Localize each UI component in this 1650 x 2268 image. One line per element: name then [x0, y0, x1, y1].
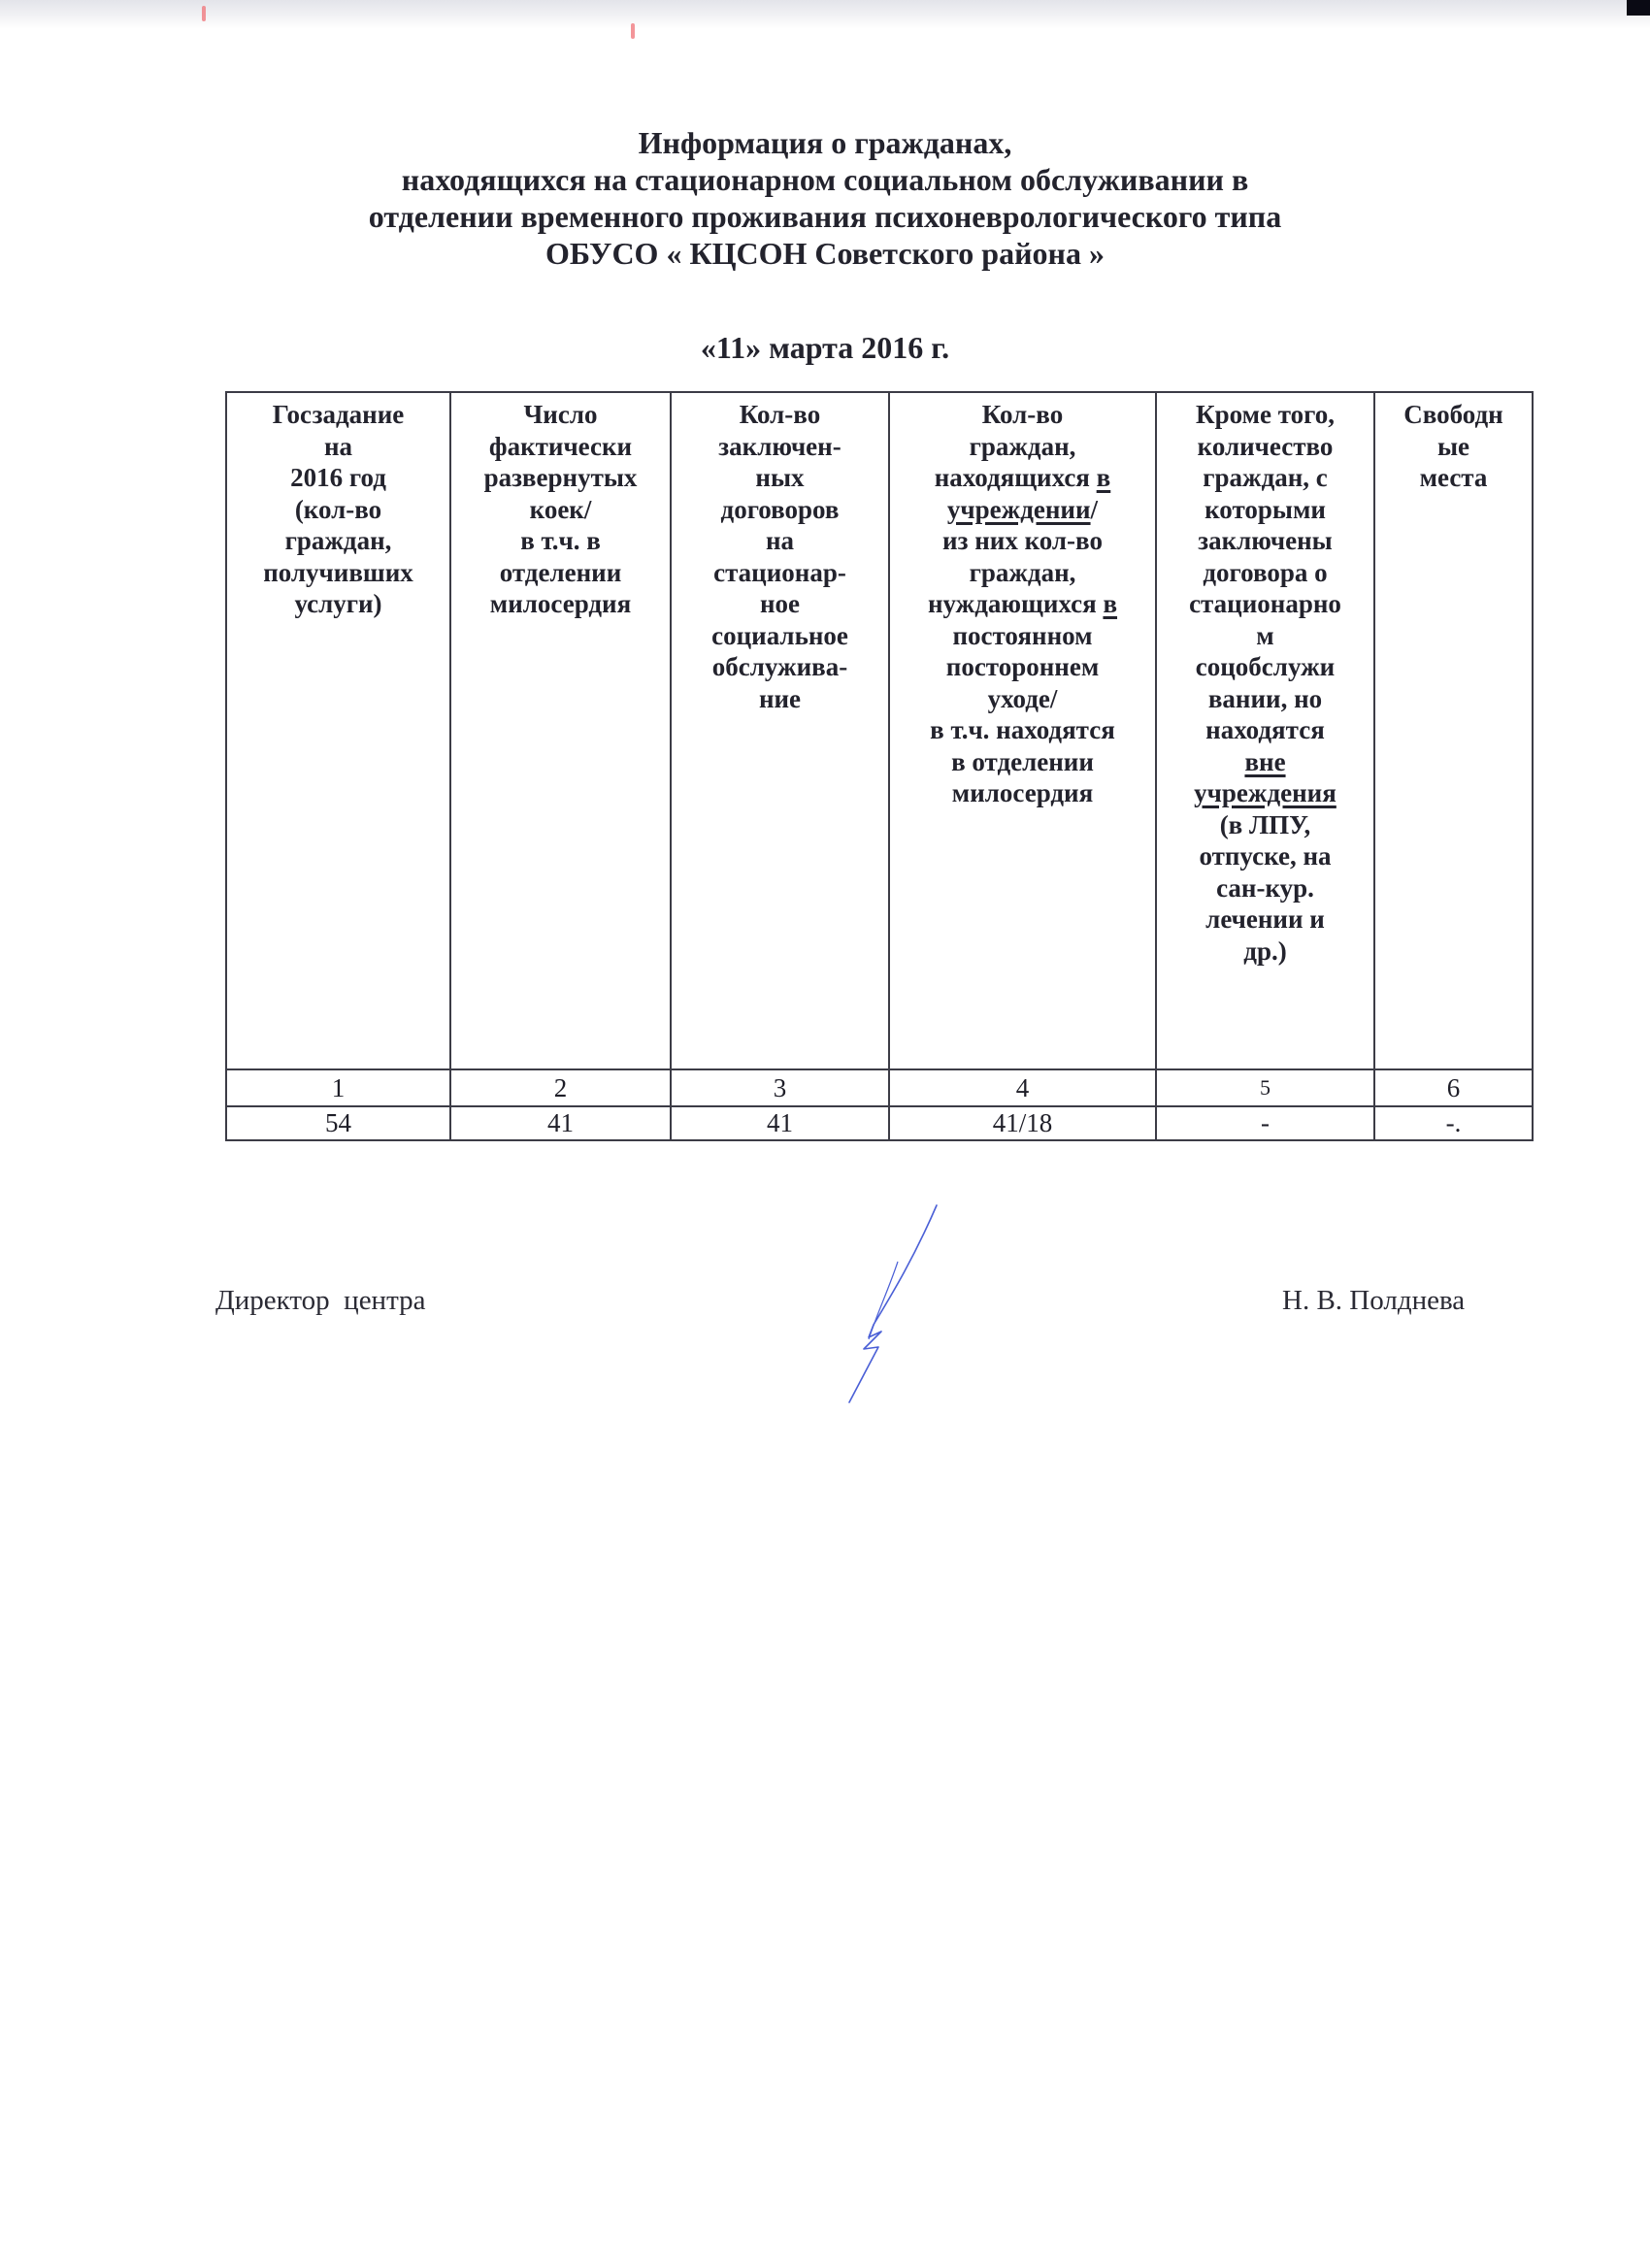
header-line: сан-кур. — [1159, 872, 1371, 904]
column-number-row: 1 2 3 4 5 6 — [226, 1069, 1533, 1106]
header-line: стационар- — [674, 557, 886, 589]
header-line: Свободн — [1377, 399, 1530, 431]
document-date: «11» марта 2016 г. — [0, 330, 1650, 366]
signer-name: Н. В. Полднева — [1282, 1285, 1465, 1317]
header-line: Кол-во — [674, 399, 886, 431]
header-line: ые — [1377, 431, 1530, 463]
document-title: Информация о гражданах, находящихся на с… — [0, 124, 1650, 272]
scan-artifact — [202, 6, 206, 21]
header-line: социальное — [674, 620, 886, 652]
header-line: милосердия — [892, 777, 1153, 809]
cell-state-assignment: 54 — [226, 1106, 450, 1140]
scan-artifact — [631, 23, 635, 39]
header-line: развернутых — [453, 462, 668, 494]
header-line: из них кол-во — [892, 525, 1153, 557]
header-line: получивших — [229, 557, 447, 589]
scan-artifact — [1627, 0, 1650, 16]
header-line: граждан, — [892, 431, 1153, 463]
title-line: Информация о гражданах, — [0, 124, 1650, 161]
header-line: ных — [674, 462, 886, 494]
header-line: Число — [453, 399, 668, 431]
column-header: Кроме того,количествограждан, скоторымиз… — [1156, 392, 1374, 1069]
header-line: лечении и — [1159, 904, 1371, 936]
signature-icon — [796, 1203, 951, 1407]
column-header: Кол-возаключен-ныхдоговоровнастационар-н… — [671, 392, 889, 1069]
header-line: находящихся в — [892, 462, 1153, 494]
column-number: 3 — [671, 1069, 889, 1106]
column-number: 5 — [1156, 1069, 1374, 1106]
cell-contracts: 41 — [671, 1106, 889, 1140]
header-line: соцобслужи — [1159, 651, 1371, 683]
header-line: учреждения — [1159, 777, 1371, 809]
header-line: ное — [674, 588, 886, 620]
header-line: в т.ч. находятся — [892, 714, 1153, 746]
signer-position: Директор центра — [215, 1285, 425, 1317]
cell-outside: - — [1156, 1106, 1374, 1140]
header-line: др.) — [1159, 936, 1371, 968]
column-header: Кол-вограждан,находящихся вучреждении/из… — [889, 392, 1156, 1069]
header-line: коек/ — [453, 494, 668, 526]
header-line: обслужива- — [674, 651, 886, 683]
header-line: вне — [1159, 746, 1371, 778]
header-line: на — [674, 525, 886, 557]
cell-residents: 41/18 — [889, 1106, 1156, 1140]
column-number: 6 — [1374, 1069, 1533, 1106]
header-line: граждан, — [229, 525, 447, 557]
scan-shadow — [0, 0, 1650, 29]
header-line: 2016 год — [229, 462, 447, 494]
header-line: находятся — [1159, 714, 1371, 746]
title-line: отделении временного проживания психонев… — [0, 198, 1650, 235]
header-line: Госзадание — [229, 399, 447, 431]
header-line: граждан, с — [1159, 462, 1371, 494]
header-line: Кол-во — [892, 399, 1153, 431]
title-line: ОБУСО « КЦСОН Советского района » — [0, 235, 1650, 272]
header-line: количество — [1159, 431, 1371, 463]
header-line: уходе/ — [892, 683, 1153, 715]
header-line: отпуске, на — [1159, 840, 1371, 872]
report-table: Госзаданиена2016 год(кол-вограждан,получ… — [225, 391, 1534, 1141]
header-line: (в ЛПУ, — [1159, 809, 1371, 841]
header-line: которыми — [1159, 494, 1371, 526]
header-line: отделении — [453, 557, 668, 589]
header-line: постороннем — [892, 651, 1153, 683]
cell-beds: 41 — [450, 1106, 671, 1140]
header-line: в отделении — [892, 746, 1153, 778]
header-line: постоянном — [892, 620, 1153, 652]
header-line: граждан, — [892, 557, 1153, 589]
header-line: договоров — [674, 494, 886, 526]
header-line: милосердия — [453, 588, 668, 620]
header-line: на — [229, 431, 447, 463]
column-header: Числофактическиразвернутыхкоек/в т.ч. во… — [450, 392, 671, 1069]
header-line: Кроме того, — [1159, 399, 1371, 431]
header-line: стационарно — [1159, 588, 1371, 620]
cell-free-places: -. — [1374, 1106, 1533, 1140]
header-line: договора о — [1159, 557, 1371, 589]
header-line: заключен- — [674, 431, 886, 463]
column-number: 4 — [889, 1069, 1156, 1106]
title-line: находящихся на стационарном социальном о… — [0, 161, 1650, 198]
header-line: учреждении/ — [892, 494, 1153, 526]
column-number: 2 — [450, 1069, 671, 1106]
header-line: нуждающихся в — [892, 588, 1153, 620]
header-line: вании, но — [1159, 683, 1371, 715]
header-line: в т.ч. в — [453, 525, 668, 557]
table-row: 54 41 41 41/18 - -. — [226, 1106, 1533, 1140]
column-header: Свободныеместа — [1374, 392, 1533, 1069]
header-line: (кол-во — [229, 494, 447, 526]
table-header-row: Госзаданиена2016 год(кол-вограждан,получ… — [226, 392, 1533, 1069]
header-line: м — [1159, 620, 1371, 652]
column-header: Госзаданиена2016 год(кол-вограждан,получ… — [226, 392, 450, 1069]
header-line: заключены — [1159, 525, 1371, 557]
column-number: 1 — [226, 1069, 450, 1106]
header-line: фактически — [453, 431, 668, 463]
header-line: места — [1377, 462, 1530, 494]
header-line: услуги) — [229, 588, 447, 620]
header-line: ние — [674, 683, 886, 715]
